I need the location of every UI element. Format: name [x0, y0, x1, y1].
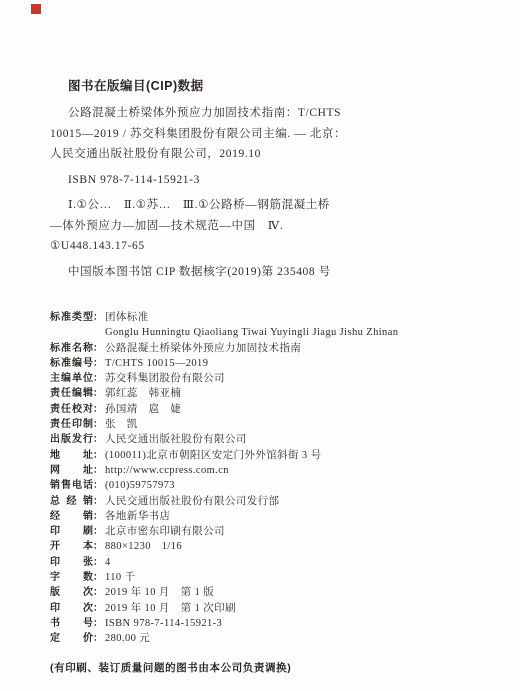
- label-colon: ：: [93, 371, 105, 386]
- field-label: 地址: [50, 448, 93, 463]
- field-value: 张 凯: [105, 419, 138, 430]
- colophon-row: 销售电话：(010)59757973: [50, 478, 490, 493]
- field-label: 版次: [50, 585, 93, 600]
- colophon-row: 版次：2019 年 10 月 第 1 版: [50, 585, 490, 600]
- red-corner-marker: [31, 4, 41, 14]
- return-policy-note: (有印刷、装订质量问题的图书由本公司负责调换): [50, 660, 291, 675]
- cip-lines: 公路混凝土桥梁体外预应力加固技术指南：T/CHTS10015—2019 / 苏交…: [50, 103, 472, 282]
- field-value: (010)59757973: [105, 480, 175, 491]
- label-colon: ：: [93, 539, 105, 554]
- field-value: Gonglu Hunningtu Qiaoliang Tiwai Yuyingl…: [105, 327, 398, 338]
- field-label: 印次: [50, 601, 93, 616]
- colophon-row: 地址：(100011)北京市朝阳区安定门外外馆斜街 3 号: [50, 448, 490, 463]
- field-value: 郭红蕊 韩亚楠: [105, 388, 181, 399]
- field-value: 苏交科集团股份有限公司: [105, 373, 225, 384]
- field-label: 定价: [50, 631, 93, 646]
- label-colon: ：: [93, 570, 105, 585]
- cip-line: 公路混凝土桥梁体外预应力加固技术指南：T/CHTS: [50, 103, 472, 124]
- field-value: 110 千: [105, 572, 136, 583]
- label-colon: ：: [93, 509, 105, 524]
- field-label: 标准类型: [50, 310, 93, 325]
- colophon-row: 标准编号：T/CHTS 10015—2019: [50, 356, 490, 371]
- colophon-row: 印张：4: [50, 555, 490, 570]
- field-value: 人民交通出版社股份有限公司发行部: [105, 496, 279, 507]
- field-value: 人民交通出版社股份有限公司: [105, 434, 247, 445]
- field-value: (100011)北京市朝阳区安定门外外馆斜街 3 号: [105, 450, 322, 461]
- colophon-row: 印刷：北京市密东印刷有限公司: [50, 524, 490, 539]
- field-value: 团体标准: [105, 312, 149, 323]
- colophon-block: 标准类型：团体标准Gonglu Hunningtu Qiaoliang Tiwa…: [50, 310, 490, 647]
- label-colon: ：: [93, 432, 105, 447]
- cip-line: ISBN 978-7-114-15921-3: [50, 170, 472, 191]
- field-value: 各地新华书店: [105, 511, 170, 522]
- label-colon: ：: [93, 601, 105, 616]
- label-colon: ：: [93, 555, 105, 570]
- field-label: 书号: [50, 616, 93, 631]
- book-copyright-page: 图书在版编目(CIP)数据 公路混凝土桥梁体外预应力加固技术指南：T/CHTS1…: [0, 0, 520, 691]
- colophon-row: Gonglu Hunningtu Qiaoliang Tiwai Yuyingl…: [50, 325, 490, 340]
- cip-line: Ⅰ.①公… Ⅱ.①苏… Ⅲ.①公路桥—钢筋混凝土桥: [50, 195, 472, 216]
- field-value: 2019 年 10 月 第 1 次印刷: [105, 603, 236, 614]
- field-value: T/CHTS 10015—2019: [105, 358, 208, 369]
- label-colon: ：: [93, 402, 105, 417]
- field-label: 销售电话: [50, 478, 93, 493]
- label-colon: ：: [93, 524, 105, 539]
- label-colon: ：: [93, 448, 105, 463]
- label-colon: ：: [93, 616, 105, 631]
- field-label: 经销: [50, 509, 93, 524]
- field-label: 主编单位: [50, 371, 93, 386]
- field-label: 开本: [50, 539, 93, 554]
- field-label: 责任印制: [50, 417, 93, 432]
- field-value: 北京市密东印刷有限公司: [105, 526, 225, 537]
- label-colon: ：: [93, 417, 105, 432]
- colophon-row: 主编单位：苏交科集团股份有限公司: [50, 371, 490, 386]
- field-value: 公路混凝土桥梁体外预应力加固技术指南: [105, 343, 301, 354]
- field-label: 印张: [50, 555, 93, 570]
- label-colon: ：: [93, 478, 105, 493]
- label-colon: ：: [93, 356, 105, 371]
- cip-line: —体外预应力—加固—技术规范—中国 Ⅳ.: [50, 216, 472, 237]
- label-colon: ：: [93, 310, 105, 325]
- colophon-row: 网址：http://www.ccpress.com.cn: [50, 463, 490, 478]
- field-label: 标准名称: [50, 341, 93, 356]
- label-colon: ：: [93, 341, 105, 356]
- field-label: 标准编号: [50, 356, 93, 371]
- field-label: 字数: [50, 570, 93, 585]
- field-label: 印刷: [50, 524, 93, 539]
- field-value: 280.00 元: [105, 633, 150, 644]
- label-colon: ：: [93, 631, 105, 646]
- colophon-row: 书号：ISBN 978-7-114-15921-3: [50, 616, 490, 631]
- field-value: 2019 年 10 月 第 1 版: [105, 587, 214, 598]
- field-value: http://www.ccpress.com.cn: [105, 465, 229, 476]
- field-value: 孙国靖 扈 婕: [105, 404, 181, 415]
- colophon-row: 责任校对：孙国靖 扈 婕: [50, 402, 490, 417]
- field-label: 总经销: [50, 494, 93, 509]
- colophon-row: 总经销：人民交通出版社股份有限公司发行部: [50, 494, 490, 509]
- label-colon: ：: [93, 494, 105, 509]
- colophon-row: 责任印制：张 凯: [50, 417, 490, 432]
- field-label: 责任编辑: [50, 386, 93, 401]
- cip-line: 中国版本图书馆 CIP 数据核字(2019)第 235408 号: [50, 262, 472, 283]
- colophon-row: 责任编辑：郭红蕊 韩亚楠: [50, 386, 490, 401]
- field-label: 出版发行: [50, 432, 93, 447]
- cip-line: 人民交通出版社股份有限公司，2019.10: [50, 144, 472, 165]
- label-colon: ：: [93, 585, 105, 600]
- colophon-row: 印次：2019 年 10 月 第 1 次印刷: [50, 601, 490, 616]
- colophon-row: 开本：880×1230 1/16: [50, 539, 490, 554]
- field-label: 责任校对: [50, 402, 93, 417]
- cip-line: ①U448.143.17-65: [50, 236, 472, 257]
- field-value: 4: [105, 557, 111, 568]
- cip-line: 10015—2019 / 苏交科集团股份有限公司主编. — 北京：: [50, 124, 472, 145]
- colophon-row: 字数：110 千: [50, 570, 490, 585]
- colophon-row: 标准类型：团体标准: [50, 310, 490, 325]
- field-value: 880×1230 1/16: [105, 541, 182, 552]
- label-colon: ：: [93, 463, 105, 478]
- colophon-row: 标准名称：公路混凝土桥梁体外预应力加固技术指南: [50, 341, 490, 356]
- colophon-row: 定价：280.00 元: [50, 631, 490, 646]
- label-colon: ：: [93, 386, 105, 401]
- field-label: 网址: [50, 463, 93, 478]
- colophon-row: 出版发行：人民交通出版社股份有限公司: [50, 432, 490, 447]
- field-value: ISBN 978-7-114-15921-3: [105, 618, 222, 629]
- cip-header: 图书在版编目(CIP)数据: [68, 76, 472, 94]
- colophon-row: 经销：各地新华书店: [50, 509, 490, 524]
- cip-block: 图书在版编目(CIP)数据 公路混凝土桥梁体外预应力加固技术指南：T/CHTS1…: [50, 76, 472, 282]
